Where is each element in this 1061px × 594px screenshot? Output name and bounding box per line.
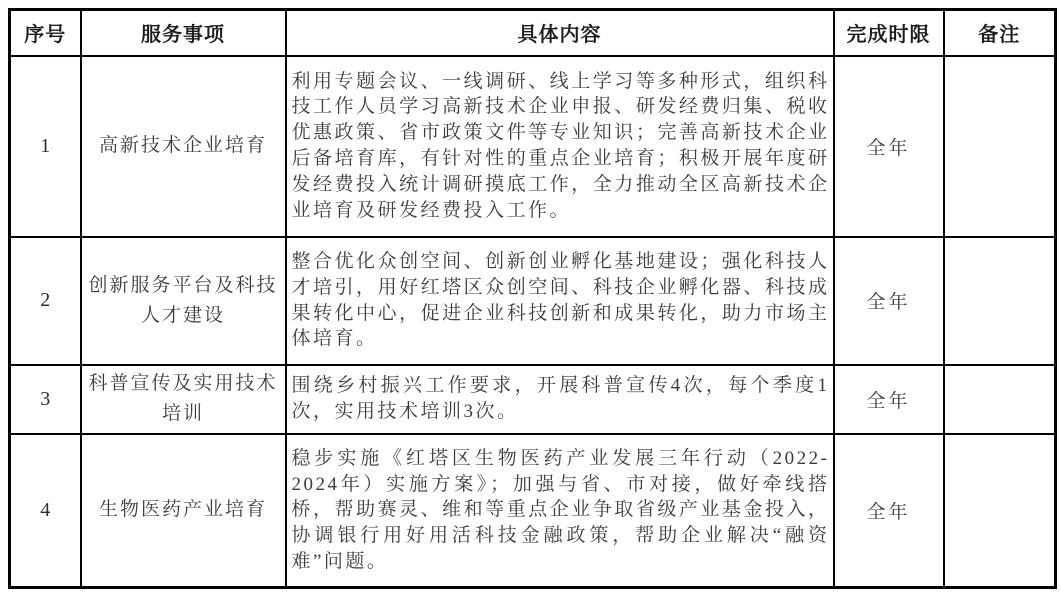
cell-remark — [944, 237, 1056, 365]
cell-index: 4 — [10, 434, 81, 588]
col-header-index: 序号 — [10, 10, 81, 56]
cell-item: 高新技术企业培育 — [81, 56, 286, 237]
cell-deadline: 全年 — [834, 56, 944, 237]
col-header-deadline: 完成时限 — [834, 10, 944, 56]
cell-index: 2 — [10, 237, 81, 365]
cell-deadline: 全年 — [834, 237, 944, 365]
cell-remark — [944, 434, 1056, 588]
table-row: 3 科普宣传及实用技术培训 围绕乡村振兴工作要求，开展科普宣传4次，每个季度1次… — [10, 365, 1056, 434]
document-page: 序号 服务事项 具体内容 完成时限 备注 1 高新技术企业培育 利用专题会议、一… — [0, 0, 1061, 594]
cell-content: 稳步实施《红塔区生物医药产业发展三年行动（2022-2024年）实施方案》；加强… — [286, 434, 834, 588]
cell-content: 整合优化众创空间、创新创业孵化基地建设；强化科技人才培引，用好红塔区众创空间、科… — [286, 237, 834, 365]
cell-content: 围绕乡村振兴工作要求，开展科普宣传4次，每个季度1次，实用技术培训3次。 — [286, 365, 834, 434]
col-header-remark: 备注 — [944, 10, 1056, 56]
cell-item: 创新服务平台及科技人才建设 — [81, 237, 286, 365]
cell-remark — [944, 56, 1056, 237]
col-header-item: 服务事项 — [81, 10, 286, 56]
cell-index: 3 — [10, 365, 81, 434]
cell-item: 生物医药产业培育 — [81, 434, 286, 588]
cell-content: 利用专题会议、一线调研、线上学习等多种形式，组织科技工作人员学习高新技术企业申报… — [286, 56, 834, 237]
cell-index: 1 — [10, 56, 81, 237]
cell-item: 科普宣传及实用技术培训 — [81, 365, 286, 434]
service-plan-table: 序号 服务事项 具体内容 完成时限 备注 1 高新技术企业培育 利用专题会议、一… — [8, 8, 1057, 589]
table-header-row: 序号 服务事项 具体内容 完成时限 备注 — [10, 10, 1056, 56]
cell-deadline: 全年 — [834, 365, 944, 434]
table-row: 1 高新技术企业培育 利用专题会议、一线调研、线上学习等多种形式，组织科技工作人… — [10, 56, 1056, 237]
cell-remark — [944, 365, 1056, 434]
col-header-content: 具体内容 — [286, 10, 834, 56]
table-row: 2 创新服务平台及科技人才建设 整合优化众创空间、创新创业孵化基地建设；强化科技… — [10, 237, 1056, 365]
table-row: 4 生物医药产业培育 稳步实施《红塔区生物医药产业发展三年行动（2022-202… — [10, 434, 1056, 588]
cell-deadline: 全年 — [834, 434, 944, 588]
